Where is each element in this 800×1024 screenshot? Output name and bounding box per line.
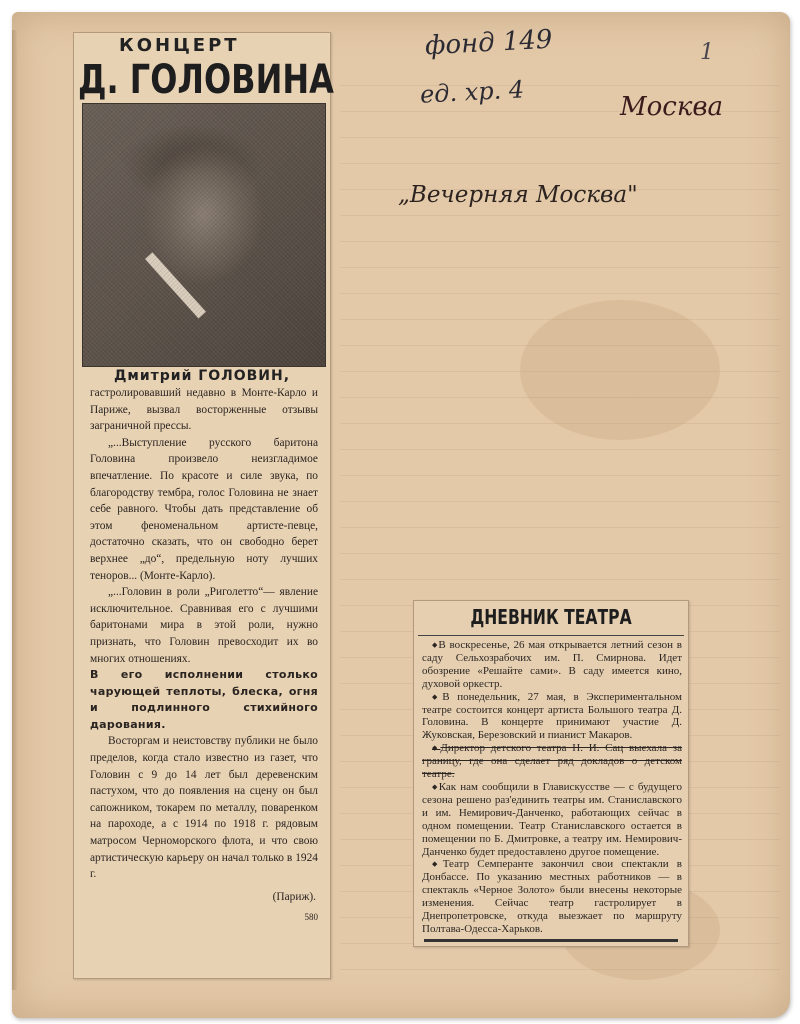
theatre-diary-clipping: ДНЕВНИК ТЕАТРА В воскресенье, 26 мая отк… (413, 600, 689, 947)
news-item: Как нам сообщили в Главискусстве — с буд… (422, 781, 682, 858)
theatre-news-list: В воскресенье, 26 мая открывается летний… (422, 639, 682, 936)
photo-halftone (83, 104, 325, 366)
paper-stain (520, 300, 720, 440)
page-binding-edge (12, 30, 18, 990)
sheet-number-note: 1 (700, 40, 714, 65)
article-dateline: (Париж). (90, 889, 318, 906)
article-paragraph: „...Головин в роли „Риголетто“— явление … (90, 584, 318, 667)
article-paragraph: Восторгам и неистовству публики не было … (90, 733, 318, 882)
storage-unit-note: ед. хр. 4 (419, 75, 524, 108)
article-paragraph: „...Выступление русского баритона Голови… (90, 435, 318, 584)
article-paragraph-bold: В его исполнении столько чарующей теплот… (90, 667, 318, 733)
bottom-divider (424, 939, 678, 942)
singer-name: Дмитрий ГОЛОВИН, (74, 368, 330, 384)
news-item: Директор детского театра Н. И. Сац выеха… (422, 742, 682, 781)
news-item: В воскресенье, 26 мая открывается летний… (422, 639, 682, 691)
clipping-headline: Д. ГОЛОВИНА (78, 57, 334, 103)
concert-article: гастролировавший недавно в Монте-Карло и… (90, 385, 318, 926)
concert-clipping: КОНЦЕРТ Д. ГОЛОВИНА Дмитрий ГОЛОВИН, гас… (73, 32, 331, 979)
city-note: Москва (620, 92, 723, 122)
title-divider (418, 635, 684, 636)
newspaper-name-note: „Вечерняя Москва" (398, 182, 638, 208)
theatre-diary-title: ДНЕВНИК ТЕАТРА (444, 605, 658, 629)
news-item: В понедельник, 27 мая, в Экспериментальн… (422, 691, 682, 743)
clipping-kicker: КОНЦЕРТ (119, 35, 240, 56)
portrait-photo (82, 103, 326, 367)
article-paragraph: гастролировавший недавно в Монте-Карло и… (90, 385, 318, 435)
page-number: 580 (90, 909, 318, 926)
news-item: Театр Семперанте закончил свои спектакли… (422, 858, 682, 935)
